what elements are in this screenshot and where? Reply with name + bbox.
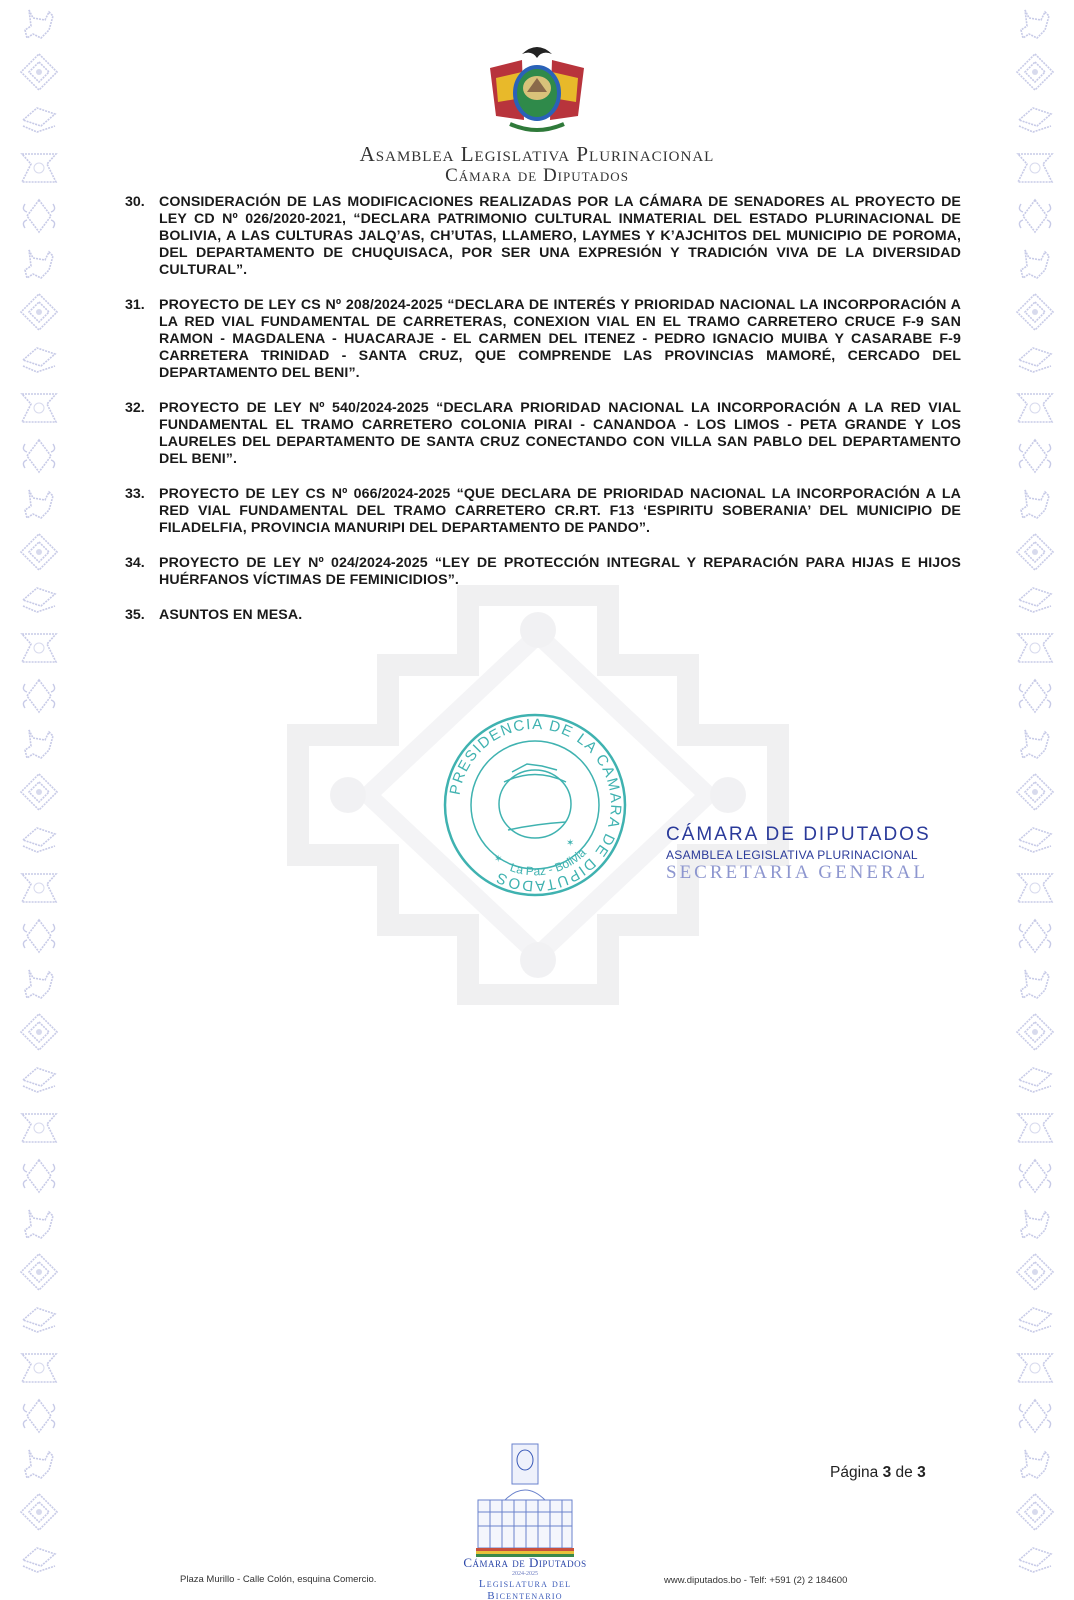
textile-motif-icon	[19, 820, 59, 860]
textile-motif-icon	[19, 1252, 59, 1292]
presidency-seal-stamp: PRESIDENCIA DE LA CAMARA DE DIPUTADOS La…	[442, 712, 628, 898]
textile-motif-icon	[1015, 1060, 1055, 1100]
chamber-name: Cámara de Diputados	[0, 165, 1074, 187]
textile-motif-icon	[19, 292, 59, 332]
footer-contact: www.diputados.bo - Telf: +591 (2) 2 1846…	[664, 1575, 847, 1586]
textile-motif-icon	[19, 1156, 59, 1196]
textile-motif-icon	[19, 1060, 59, 1100]
textile-motif-icon	[19, 244, 59, 284]
agenda-item-text: PROYECTO DE LEY Nº 024/2024-2025 “LEY DE…	[159, 555, 961, 589]
textile-motif-icon	[19, 1300, 59, 1340]
page-number: Página 3 de 3	[830, 1464, 926, 1482]
textile-motif-icon	[19, 1492, 59, 1532]
textile-motif-icon	[1015, 292, 1055, 332]
decorative-border-right	[1010, 0, 1060, 1600]
agenda-list: 30. CONSIDERACIÓN DE LAS MODIFICACIONES …	[125, 194, 961, 642]
page-current: 3	[883, 1464, 892, 1481]
page-prefix: Página	[830, 1464, 878, 1481]
footer-address: Plaza Murillo - Calle Colón, esquina Com…	[180, 1574, 376, 1585]
bolivia-coat-of-arms-icon	[482, 38, 592, 138]
org-name: Asamblea Legislativa Plurinacional	[0, 142, 1074, 167]
letterhead: Asamblea Legislativa Plurinacional Cámar…	[0, 30, 1074, 187]
textile-motif-icon	[1015, 436, 1055, 476]
textile-motif-icon	[19, 1204, 59, 1244]
textile-motif-icon	[1015, 1396, 1055, 1436]
footer-logo: Cámara de Diputados 2024-2025 Legislatur…	[440, 1442, 610, 1600]
secretaria-line1: CÁMARA DE DIPUTADOS	[666, 824, 931, 846]
page-separator: de	[896, 1464, 913, 1481]
textile-motif-icon	[1015, 196, 1055, 236]
textile-motif-icon	[19, 532, 59, 572]
secretaria-line3: SECRETARIA GENERAL	[666, 862, 931, 884]
textile-motif-icon	[1015, 820, 1055, 860]
textile-motif-icon	[19, 964, 59, 1004]
legislative-building-icon	[470, 1442, 580, 1557]
secretaria-line2: ASAMBLEA LEGISLATIVA PLURINACIONAL	[666, 848, 931, 862]
agenda-item-text: ASUNTOS EN MESA.	[159, 607, 961, 624]
textile-motif-icon	[1015, 1492, 1055, 1532]
agenda-item-text: PROYECTO DE LEY CS Nº 066/2024-2025 “QUE…	[159, 486, 961, 537]
textile-motif-icon	[19, 1348, 59, 1388]
textile-motif-icon	[1015, 388, 1055, 428]
textile-motif-icon	[19, 1396, 59, 1436]
footer-logo-name: Cámara de Diputados	[440, 1555, 610, 1571]
agenda-item: 32. PROYECTO DE LEY Nº 540/2024-2025 “DE…	[125, 400, 961, 468]
textile-motif-icon	[19, 1012, 59, 1052]
agenda-item: 31. PROYECTO DE LEY CS Nº 208/2024-2025 …	[125, 297, 961, 382]
agenda-item-number: 35.	[125, 607, 159, 624]
textile-motif-icon	[1015, 724, 1055, 764]
footer-logo-legislature: Legislatura del Bicentenario	[440, 1578, 610, 1600]
textile-motif-icon	[1015, 964, 1055, 1004]
textile-motif-icon	[19, 1108, 59, 1148]
agenda-item: 34. PROYECTO DE LEY Nº 024/2024-2025 “LE…	[125, 555, 961, 589]
svg-text:✶: ✶	[494, 854, 502, 865]
textile-motif-icon	[19, 388, 59, 428]
textile-motif-icon	[1015, 628, 1055, 668]
textile-motif-icon	[19, 676, 59, 716]
textile-motif-icon	[1015, 580, 1055, 620]
agenda-item-number: 32.	[125, 400, 159, 468]
agenda-item-text: CONSIDERACIÓN DE LAS MODIFICACIONES REAL…	[159, 194, 961, 279]
textile-motif-icon	[1015, 1108, 1055, 1148]
textile-motif-icon	[19, 436, 59, 476]
svg-text:✶: ✶	[566, 838, 574, 849]
textile-motif-icon	[1015, 676, 1055, 716]
textile-motif-icon	[19, 916, 59, 956]
textile-motif-icon	[1015, 1540, 1055, 1580]
textile-motif-icon	[19, 1444, 59, 1484]
textile-motif-icon	[1015, 772, 1055, 812]
textile-motif-icon	[19, 1540, 59, 1580]
textile-motif-icon	[1015, 1300, 1055, 1340]
textile-motif-icon	[1015, 1444, 1055, 1484]
textile-motif-icon	[1015, 340, 1055, 380]
agenda-item-text: PROYECTO DE LEY Nº 540/2024-2025 “DECLAR…	[159, 400, 961, 468]
textile-motif-icon	[19, 772, 59, 812]
agenda-item-number: 30.	[125, 194, 159, 279]
footer-logo-years: 2024-2025	[440, 1571, 610, 1578]
textile-motif-icon	[1015, 1156, 1055, 1196]
textile-motif-icon	[1015, 1012, 1055, 1052]
textile-motif-icon	[19, 724, 59, 764]
agenda-item-text: PROYECTO DE LEY CS Nº 208/2024-2025 “DEC…	[159, 297, 961, 382]
decorative-border-left	[14, 0, 64, 1600]
textile-motif-icon	[19, 628, 59, 668]
textile-motif-icon	[1015, 532, 1055, 572]
textile-motif-icon	[19, 580, 59, 620]
agenda-item: 30. CONSIDERACIÓN DE LAS MODIFICACIONES …	[125, 194, 961, 279]
agenda-item: 35. ASUNTOS EN MESA.	[125, 607, 961, 624]
textile-motif-icon	[1015, 916, 1055, 956]
agenda-item: 33. PROYECTO DE LEY CS Nº 066/2024-2025 …	[125, 486, 961, 537]
secretaria-general-stamp: CÁMARA DE DIPUTADOS ASAMBLEA LEGISLATIVA…	[666, 824, 931, 884]
textile-motif-icon	[1015, 1204, 1055, 1244]
textile-motif-icon	[19, 484, 59, 524]
textile-motif-icon	[1015, 868, 1055, 908]
textile-motif-icon	[1015, 484, 1055, 524]
textile-motif-icon	[1015, 1252, 1055, 1292]
page-total: 3	[917, 1464, 926, 1481]
agenda-item-number: 31.	[125, 297, 159, 382]
textile-motif-icon	[19, 868, 59, 908]
stamp-crest-icon	[499, 764, 571, 838]
agenda-item-number: 34.	[125, 555, 159, 589]
textile-motif-icon	[1015, 1348, 1055, 1388]
textile-motif-icon	[1015, 244, 1055, 284]
textile-motif-icon	[19, 340, 59, 380]
textile-motif-icon	[19, 196, 59, 236]
agenda-item-number: 33.	[125, 486, 159, 537]
